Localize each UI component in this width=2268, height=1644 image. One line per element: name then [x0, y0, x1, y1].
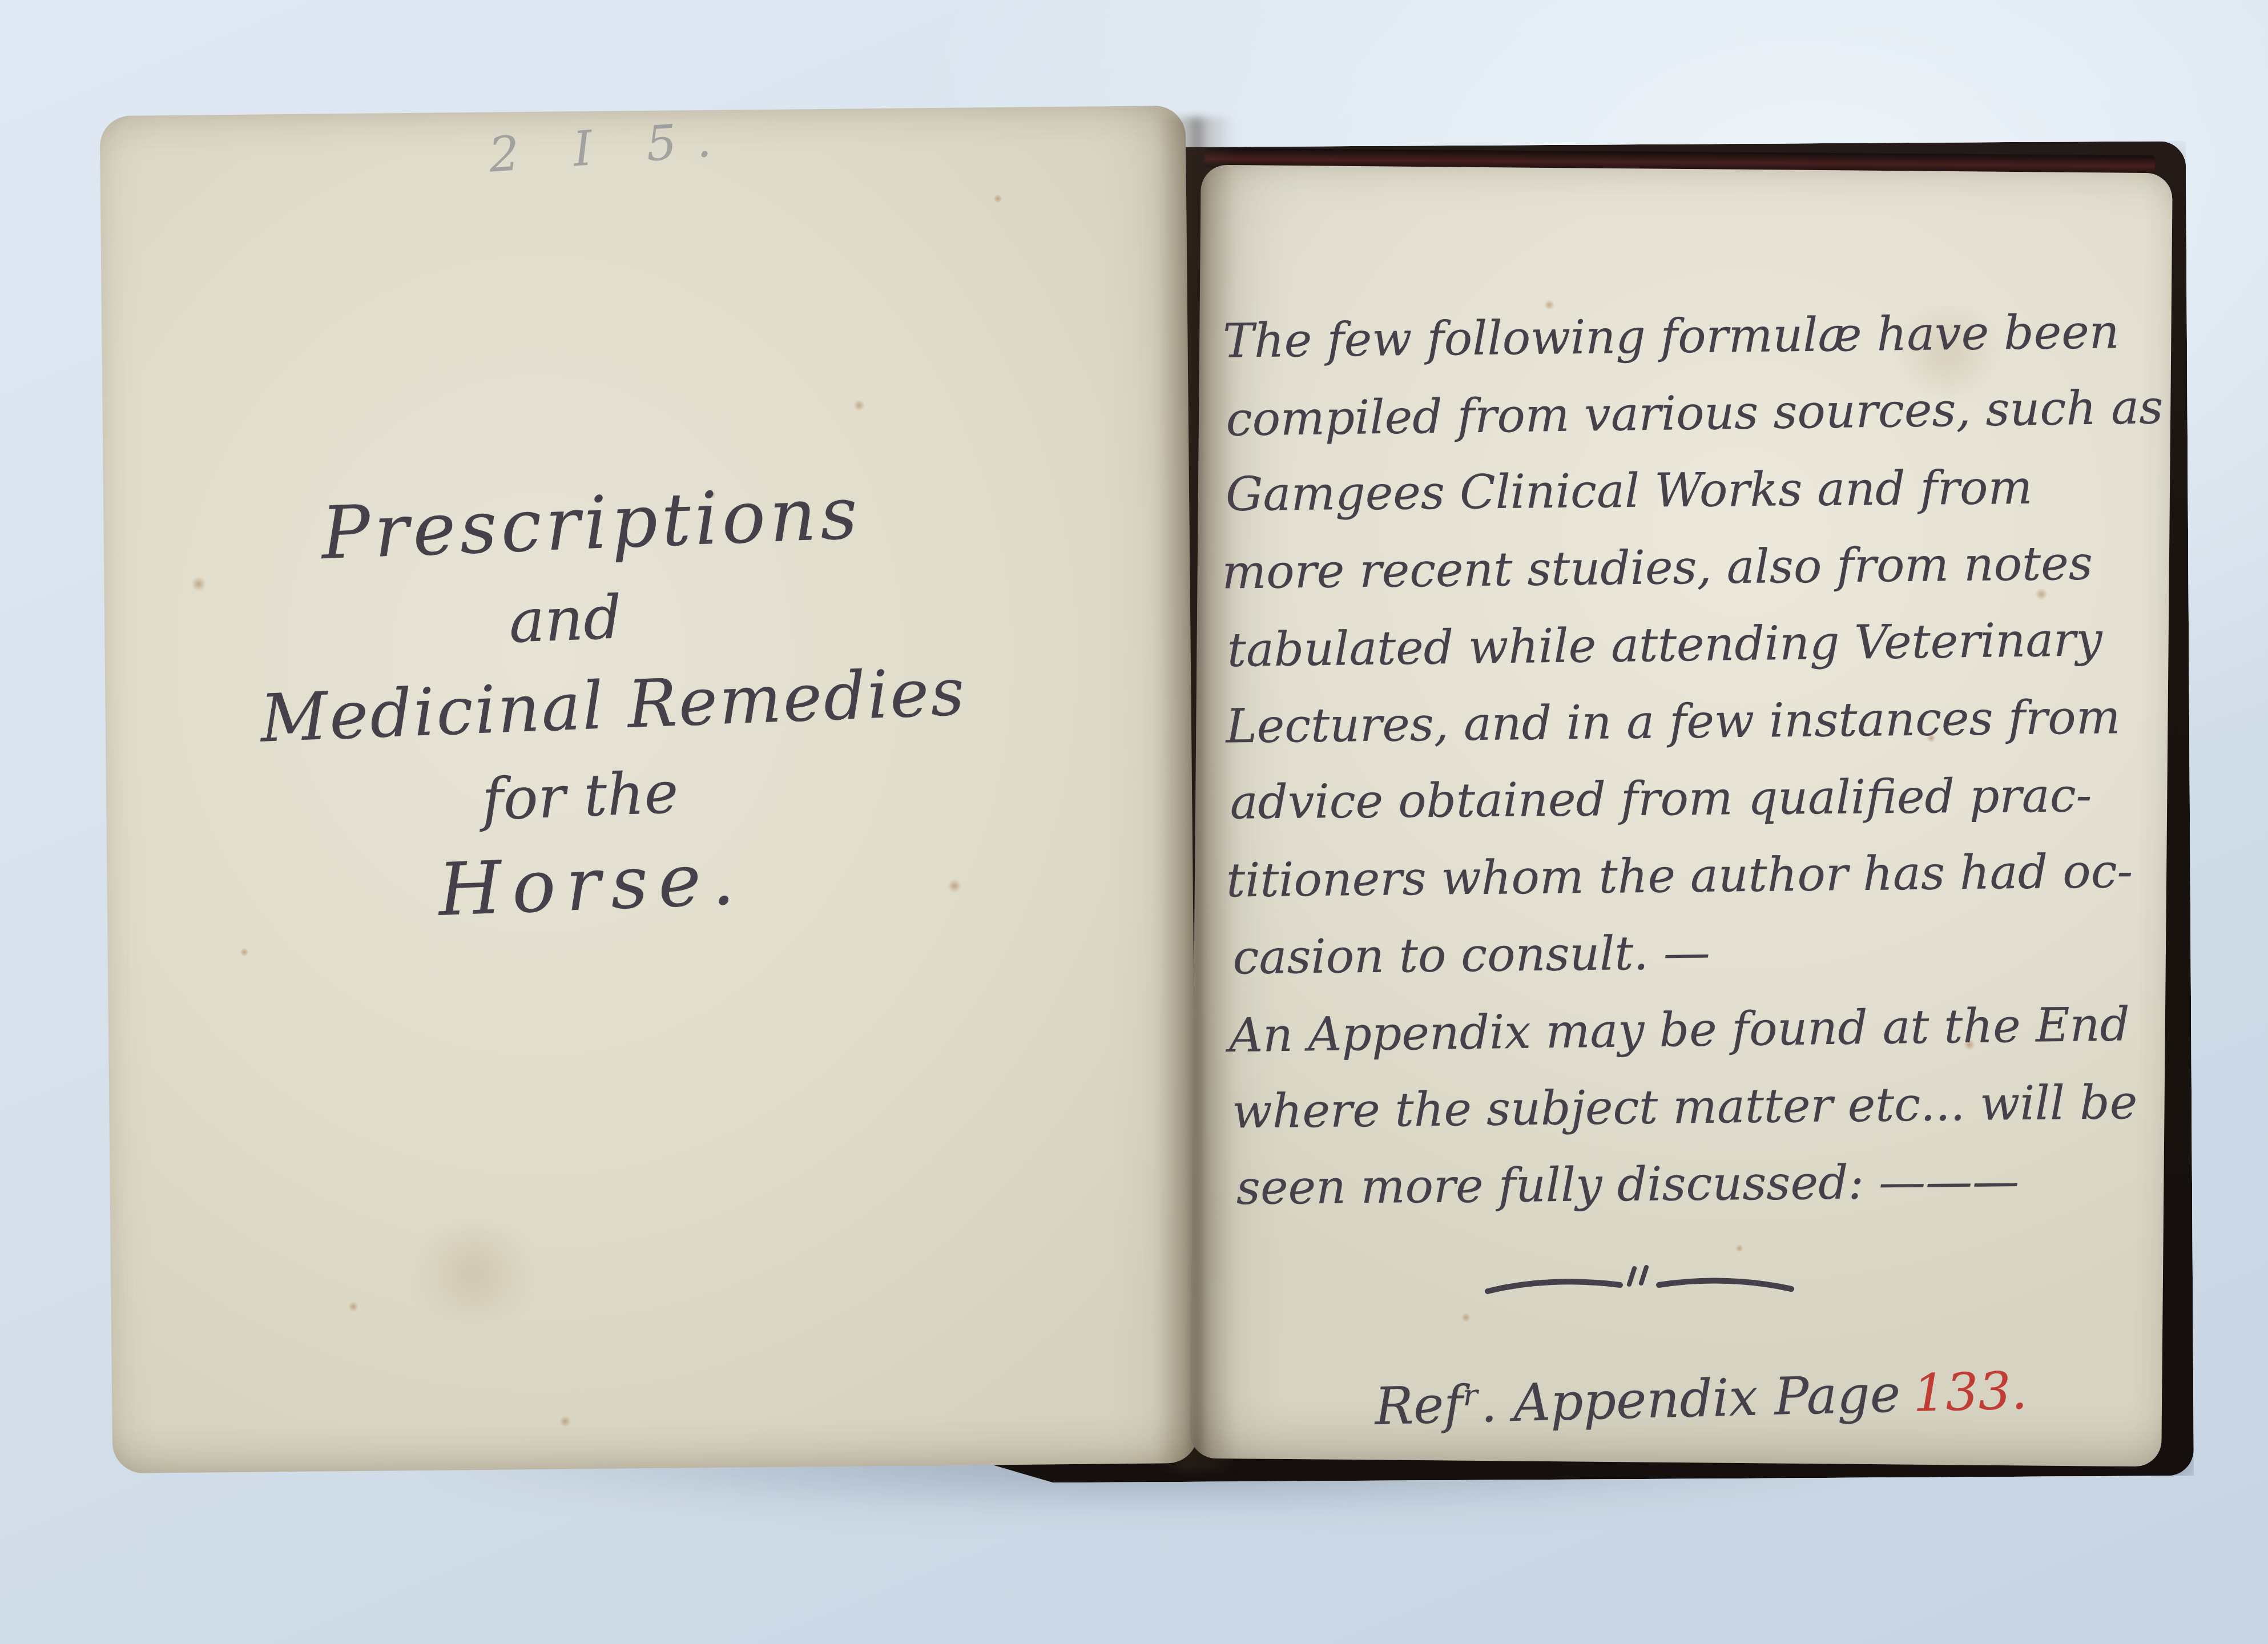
- manuscript-line: advice obtained from qualified prac-: [1230, 756, 2161, 841]
- manuscript-line: An Appendix may be found at the End: [1228, 986, 2160, 1074]
- photo-of-open-notebook: 2 I 5. Prescriptions and Medicinal Remed…: [0, 0, 2268, 1644]
- title-block: Prescriptions and Medicinal Remedies for…: [191, 465, 1006, 941]
- manuscript-line: more recent studies, also from notes: [1222, 525, 2153, 611]
- manuscript-line: where the subject matter etc... will be: [1232, 1063, 2163, 1150]
- title-line: for the: [179, 747, 980, 845]
- manuscript-text-block: The few following formulæ have been comp…: [1223, 293, 2163, 1228]
- appendix-reference-page-number: 133.: [1900, 1361, 2028, 1424]
- manuscript-line: The few following formulæ have been: [1223, 293, 2154, 380]
- manuscript-line: casion to consult. —: [1232, 909, 2164, 996]
- title-line: Medicinal Remedies: [212, 652, 1014, 759]
- manuscript-line: compiled from various sources, such as: [1226, 369, 2157, 458]
- appendix-reference-label: Refʳ. Appendix Page: [1374, 1364, 1901, 1436]
- manuscript-line: Lectures, and in a few instances from: [1226, 678, 2157, 765]
- manuscript-line: seen more fully discussed: ———: [1236, 1142, 2167, 1227]
- title-line: and: [164, 569, 966, 670]
- manuscript-line: Gamgees Clinical Works and from: [1225, 448, 2156, 533]
- manuscript-line: titioners whom the author has had oc-: [1226, 833, 2157, 920]
- divider-flourish: [1480, 1259, 1799, 1305]
- manuscript-line: tabulated while attending Veterinary: [1227, 601, 2158, 689]
